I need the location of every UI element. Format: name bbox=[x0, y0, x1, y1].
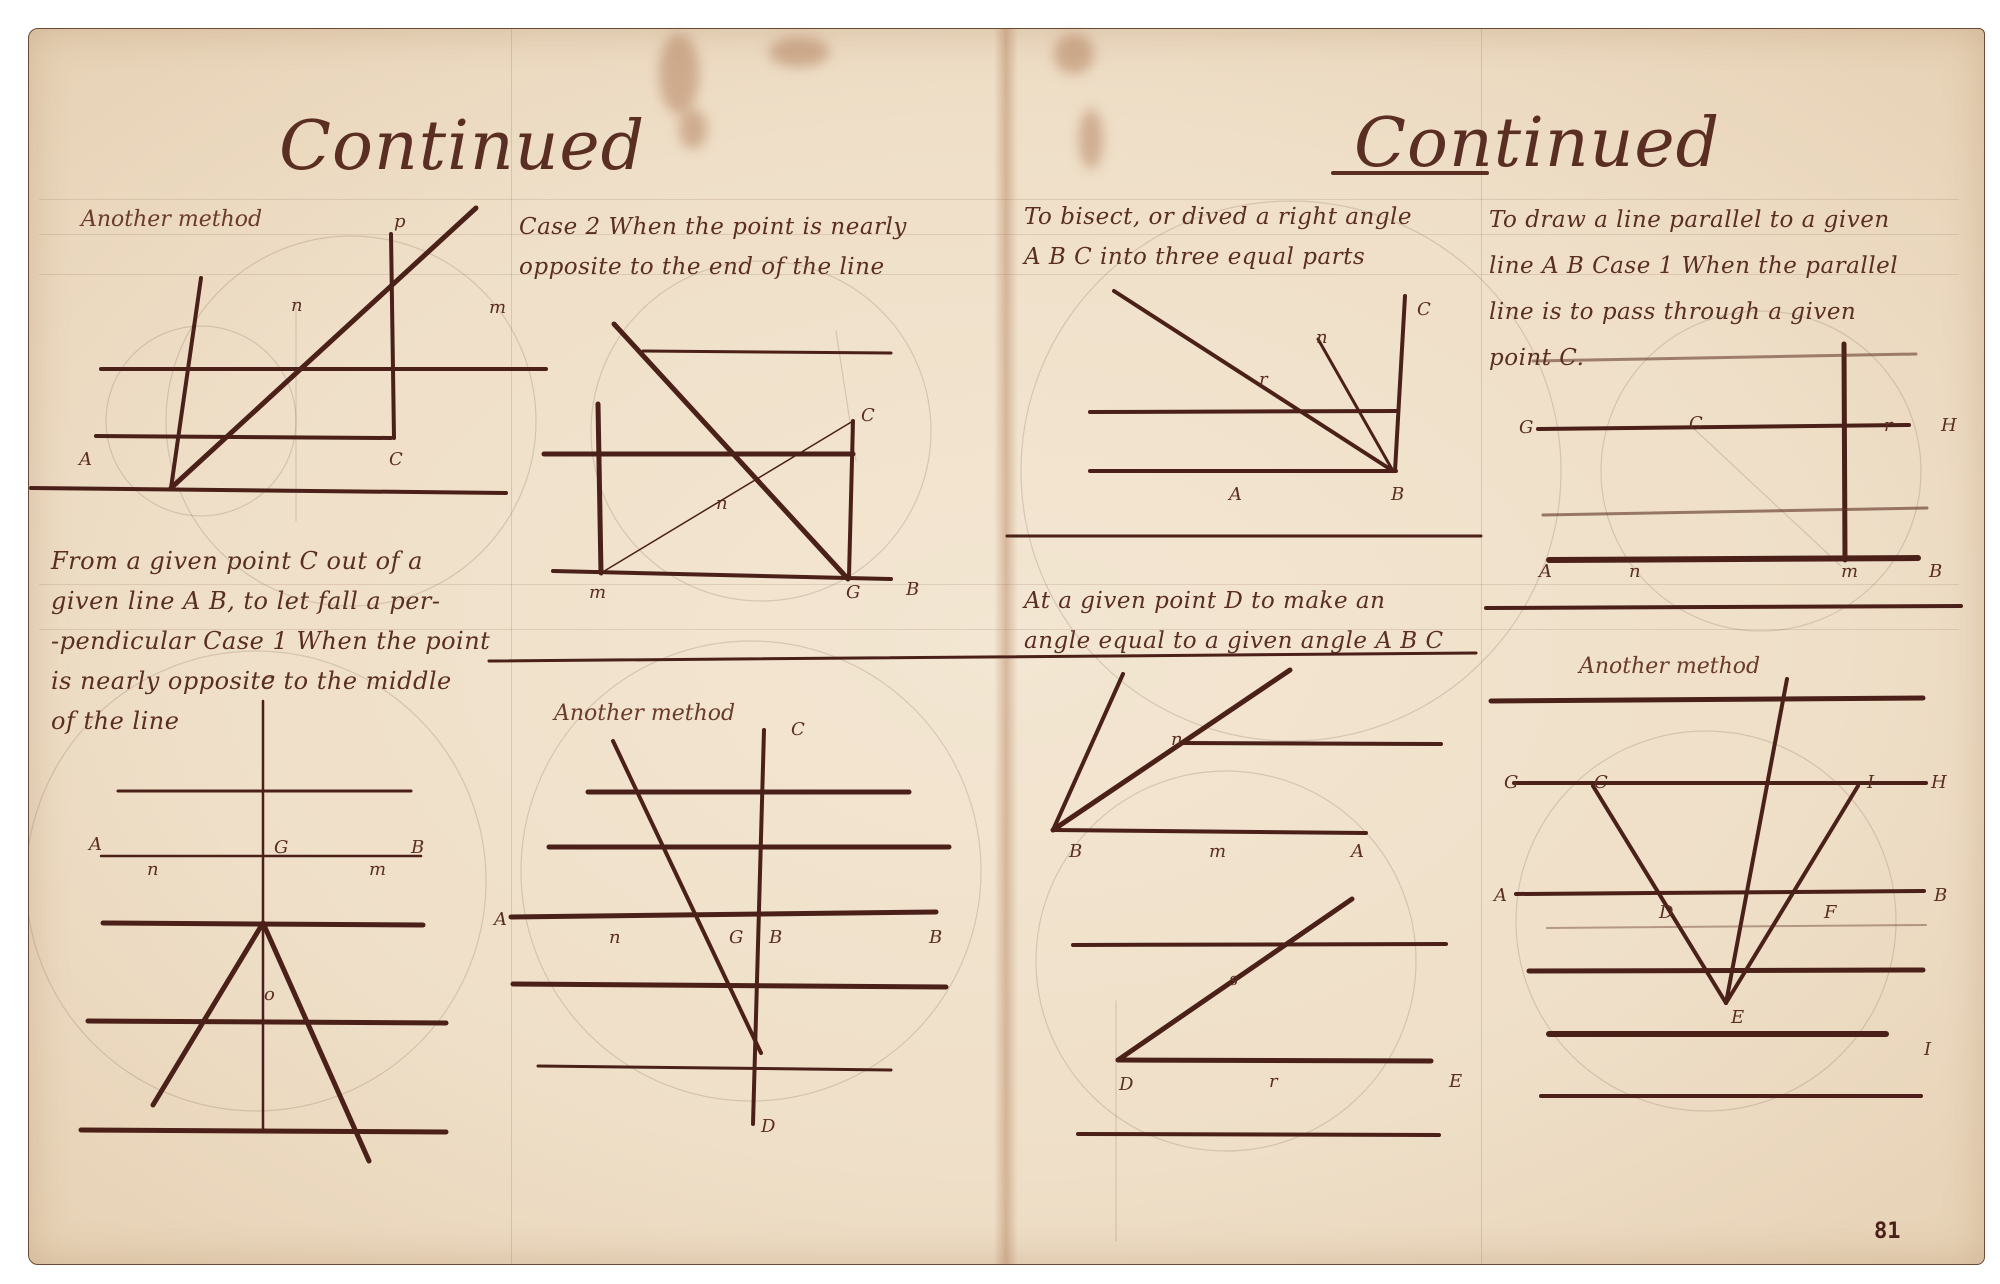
notebook-spread: Continued Continued Another method Case … bbox=[28, 28, 1985, 1265]
diagram-another-method-3 bbox=[1491, 679, 1926, 1096]
point-label: D bbox=[1659, 902, 1673, 923]
point-label: F bbox=[1824, 902, 1837, 923]
point-label: E bbox=[1731, 1007, 1744, 1028]
point-label: n bbox=[291, 295, 303, 316]
point-label: B bbox=[411, 837, 424, 858]
point-label: B bbox=[1069, 841, 1082, 862]
point-label: D bbox=[1119, 1074, 1133, 1095]
point-label: n bbox=[1629, 561, 1641, 582]
point-label: m bbox=[1209, 841, 1226, 862]
point-label: A bbox=[1539, 561, 1552, 582]
point-label: B bbox=[1934, 885, 1947, 906]
point-label: C bbox=[791, 719, 805, 740]
point-label: B bbox=[1929, 561, 1942, 582]
point-label: C bbox=[261, 672, 275, 693]
point-label: A bbox=[1351, 841, 1364, 862]
point-label: I bbox=[1867, 772, 1874, 793]
point-label: B bbox=[906, 579, 919, 600]
point-label: p bbox=[394, 211, 406, 232]
point-label: m bbox=[369, 859, 386, 880]
point-label: A bbox=[89, 834, 102, 855]
point-label: B bbox=[769, 927, 782, 948]
point-label: n bbox=[1171, 729, 1183, 750]
point-label: r bbox=[1269, 1071, 1278, 1092]
point-label: n bbox=[609, 927, 621, 948]
point-label: A bbox=[494, 909, 507, 930]
point-label: m bbox=[1841, 561, 1858, 582]
point-label: m bbox=[589, 582, 606, 603]
diagram-case-2 bbox=[544, 324, 891, 579]
point-label: E bbox=[1449, 1071, 1462, 1092]
point-label: C bbox=[1689, 413, 1703, 434]
point-label: n bbox=[147, 859, 159, 880]
point-label: C bbox=[1417, 299, 1431, 320]
point-label: r bbox=[1259, 369, 1268, 390]
point-label: H bbox=[1931, 772, 1947, 793]
point-label: n bbox=[716, 493, 728, 514]
point-label: B bbox=[929, 927, 942, 948]
diagram-parallel-1 bbox=[1533, 344, 1927, 560]
diagram-perpendicular bbox=[81, 701, 446, 1161]
point-label: G bbox=[846, 582, 860, 603]
point-label: C bbox=[1594, 772, 1608, 793]
geometry-diagrams bbox=[29, 29, 1984, 1264]
point-label: I bbox=[1924, 1039, 1931, 1060]
point-label: n bbox=[1316, 327, 1328, 348]
point-label: H bbox=[1941, 415, 1957, 436]
point-label: A bbox=[1229, 484, 1242, 505]
diagram-trisect bbox=[1090, 291, 1405, 471]
point-label: o bbox=[264, 984, 275, 1005]
point-label: m bbox=[489, 297, 506, 318]
point-label: G bbox=[729, 927, 743, 948]
diagram-another-method-1 bbox=[31, 208, 546, 493]
diagram-equal-angle bbox=[1053, 670, 1446, 1135]
point-label: G bbox=[274, 837, 288, 858]
point-label: B bbox=[1391, 484, 1404, 505]
point-label: G bbox=[1504, 772, 1518, 793]
point-label: C bbox=[389, 449, 403, 470]
point-label: s bbox=[1229, 969, 1238, 990]
point-label: C bbox=[861, 405, 875, 426]
point-label: D bbox=[761, 1116, 775, 1137]
point-label: r bbox=[1884, 415, 1893, 436]
point-label: G bbox=[1519, 417, 1533, 438]
point-label: A bbox=[1494, 885, 1507, 906]
point-label: A bbox=[79, 449, 92, 470]
